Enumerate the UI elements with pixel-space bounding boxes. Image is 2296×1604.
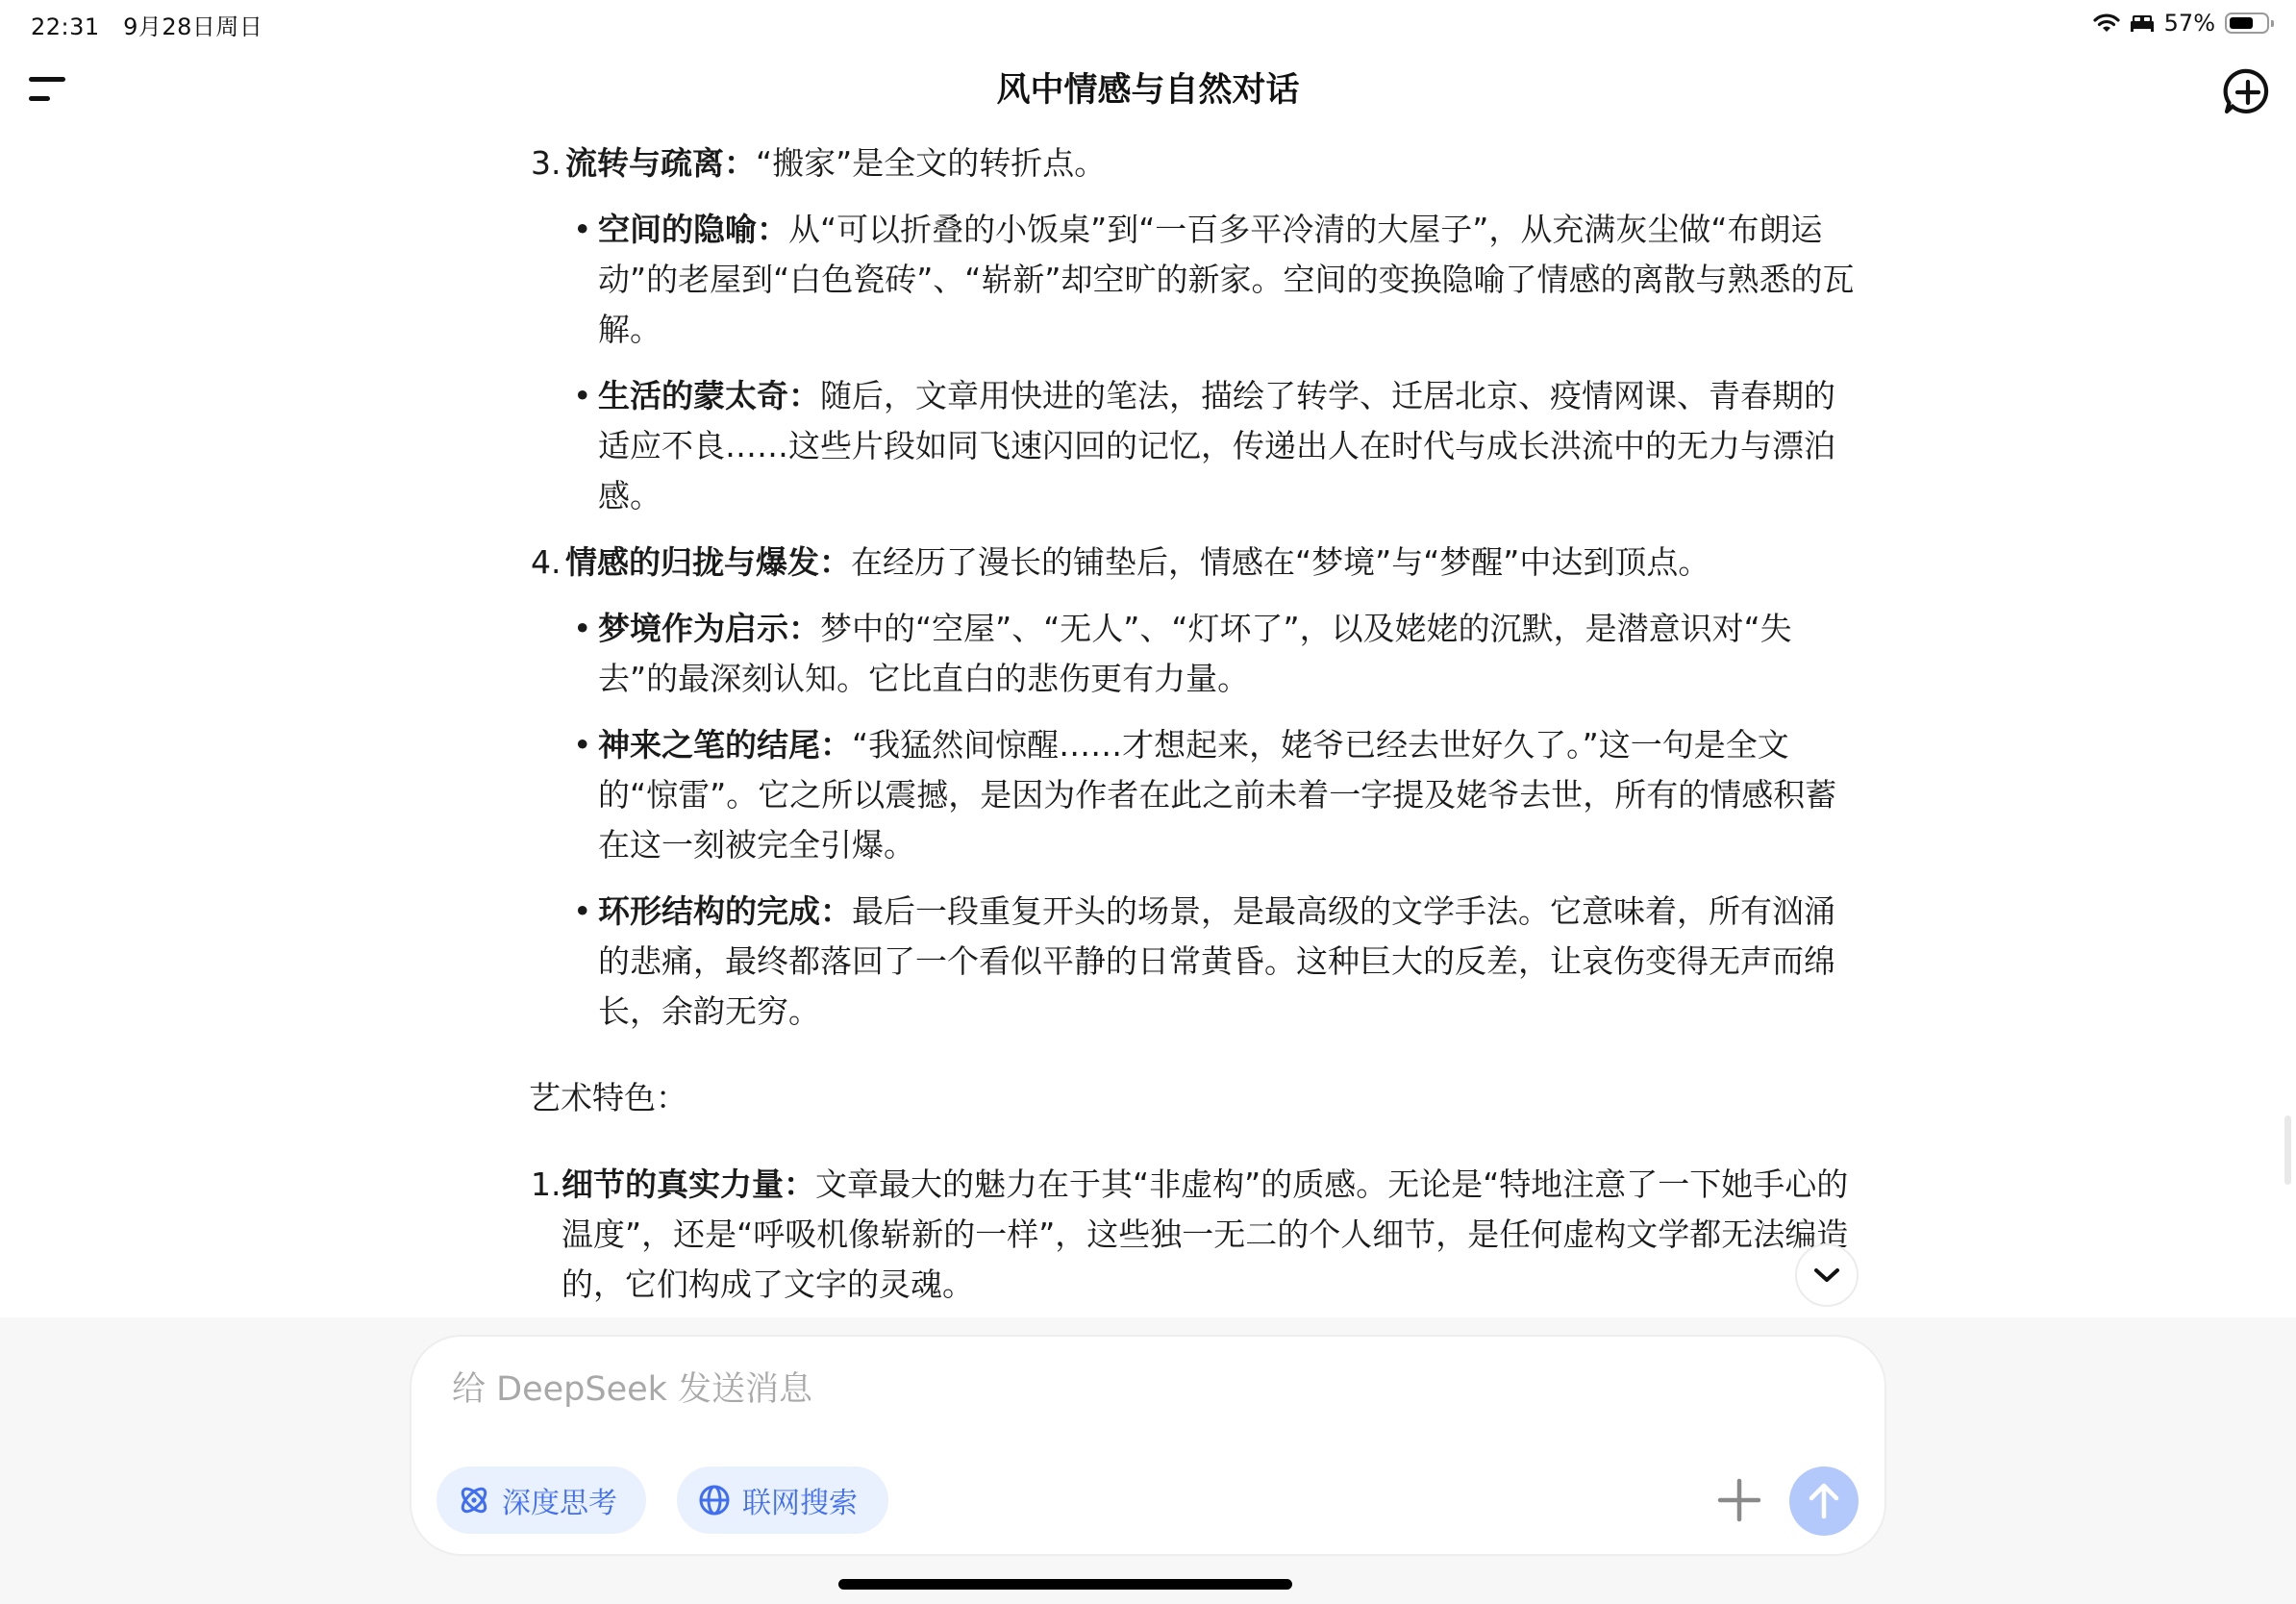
bullet-dot: • <box>573 205 591 255</box>
art-list-item-1: 1.细节的真实力量：文章最大的魅力在于其“非虚构”的质感。无论是“特地注意了一下… <box>529 1160 1856 1310</box>
message-composer: 深度思考 联网搜索 <box>412 1337 1884 1554</box>
bullet-item: •梦境作为启示：梦中的“空屋”、“无人”、“灯坏了”，以及姥姥的沉默，是潜意识对… <box>529 604 1856 704</box>
status-time: 22:31 9月28日周日 <box>31 8 262 41</box>
assistant-message: 3.流转与疏离：“搬家”是全文的转折点。 •空间的隐喻：从“可以折叠的小饭桌”到… <box>529 138 1856 1310</box>
bullet-label: 神来之笔的结尾： <box>598 726 852 764</box>
status-icons: 57% <box>2093 8 2269 38</box>
list-item-4: 4.情感的归拢与爆发：在经历了漫长的铺垫后，情感在“梦境”与“梦醒”中达到顶点。 <box>529 538 1856 588</box>
bullet-label: 环形结构的完成： <box>598 892 852 930</box>
bullet-item: •神来之笔的结尾：“我猛然间惊醒……才想起来，姥爷已经去世好久了。”这一句是全文… <box>529 720 1856 870</box>
new-chat-icon <box>2219 63 2277 121</box>
deep-think-label: 深度思考 <box>502 1479 617 1521</box>
bullet-dot: • <box>573 887 591 937</box>
bullet-item: •环形结构的完成：最后一段重复开头的场景，是最高级的文学手法。它意味着，所有汹涌… <box>529 887 1856 1037</box>
sleep-focus-icon <box>2130 13 2155 33</box>
attach-button[interactable] <box>1715 1476 1763 1524</box>
scrollbar[interactable] <box>2284 1115 2291 1185</box>
wifi-icon <box>2093 13 2120 34</box>
atom-icon <box>458 1484 490 1516</box>
chevron-down-icon <box>1812 1266 1841 1285</box>
section-heading: 艺术特色： <box>529 1073 1856 1123</box>
globe-icon <box>698 1484 731 1516</box>
list-item-text: 在经历了漫长的铺垫后，情感在“梦境”与“梦醒”中达到顶点。 <box>851 543 1710 581</box>
message-input[interactable] <box>450 1369 1704 1410</box>
scroll-to-bottom-button[interactable] <box>1795 1243 1859 1307</box>
battery-nub <box>2271 20 2274 27</box>
bullet-dot: • <box>573 604 591 654</box>
list-item-3: 3.流转与疏离：“搬家”是全文的转折点。 <box>529 138 1856 188</box>
bullet-dot: • <box>573 371 591 421</box>
list-item-label: 流转与疏离： <box>565 144 756 182</box>
arrow-up-icon <box>1807 1482 1841 1520</box>
home-indicator <box>838 1579 1292 1590</box>
page-title: 风中情感与自然对话 <box>0 63 2296 112</box>
battery-fill <box>2230 17 2253 29</box>
bullet-label: 空间的隐喻： <box>598 211 788 248</box>
bullet-label: 生活的蒙太奇： <box>598 377 820 414</box>
list-number: 1. <box>531 1160 562 1210</box>
bullet-dot: • <box>573 720 591 770</box>
bullet-label: 梦境作为启示： <box>598 610 820 647</box>
date: 9月28日周日 <box>123 13 262 40</box>
send-button[interactable] <box>1789 1466 1859 1536</box>
bullet-item: •生活的蒙太奇：随后，文章用快进的笔法，描绘了转学、迁居北京、疫情网课、青春期的… <box>529 371 1856 521</box>
plus-icon <box>1715 1476 1763 1524</box>
web-search-toggle[interactable]: 联网搜索 <box>677 1466 888 1534</box>
list-item-text: “搬家”是全文的转折点。 <box>756 144 1106 182</box>
battery-icon <box>2225 13 2269 34</box>
list-number: 4. <box>531 538 562 588</box>
bullet-item: •空间的隐喻：从“可以折叠的小饭桌”到“一百多平冷清的大屋子”，从充满灰尘做“布… <box>529 205 1856 355</box>
list-number: 3. <box>531 138 562 188</box>
web-search-label: 联网搜索 <box>742 1479 858 1521</box>
battery-percent: 57% <box>2164 10 2215 37</box>
list-item-label: 情感的归拢与爆发： <box>565 543 851 581</box>
deep-think-toggle[interactable]: 深度思考 <box>437 1466 646 1534</box>
list-item-label: 细节的真实力量： <box>562 1165 815 1203</box>
time: 22:31 <box>31 13 100 40</box>
chat-scroll-area[interactable]: 3.流转与疏离：“搬家”是全文的转折点。 •空间的隐喻：从“可以折叠的小饭桌”到… <box>0 125 2296 1337</box>
new-chat-button[interactable] <box>2219 63 2277 121</box>
